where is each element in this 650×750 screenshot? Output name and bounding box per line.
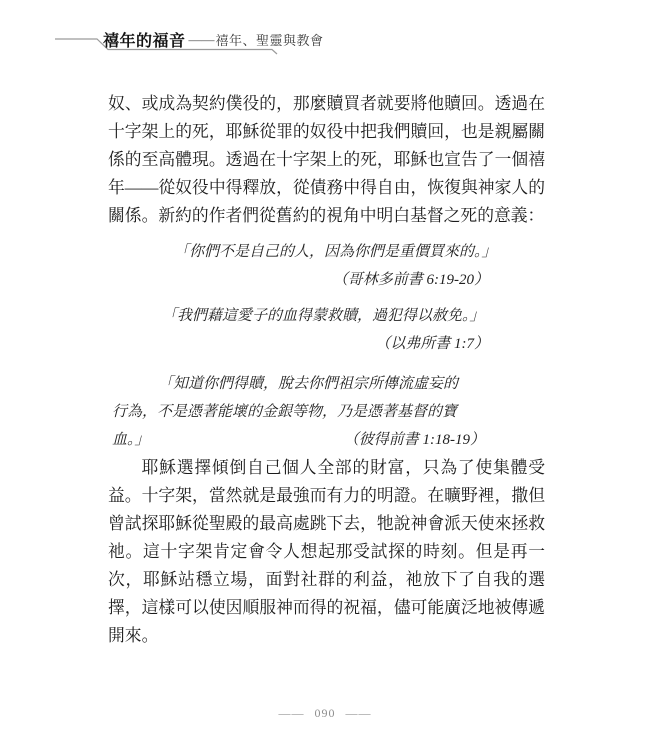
scripture-quote-1: 「你們不是自己的人，因為你們是重價買來的。」 （哥林多前書 6:19-20）	[108, 238, 545, 294]
running-head-separator: ——	[189, 32, 215, 48]
scripture-quote-3-closing: 血。」	[112, 426, 150, 454]
running-head-title: 禧年的福音	[103, 28, 186, 51]
text-column: 奴、或成為契約僕役的，那麼贖買者就要將他贖回。透過在十字架上的死，耶穌從罪的奴役…	[108, 90, 545, 650]
body-paragraph-2: 耶穌選擇傾倒自己個人全部的財富，只為了使集體受益。十字架，當然就是最強而有力的明…	[108, 454, 545, 650]
page-footer: ——090——	[0, 706, 650, 720]
footer-dash-left: ——	[279, 706, 305, 720]
scripture-quote-3-citation: （彼得前書 1:18-19）	[344, 426, 545, 454]
scripture-quote-2: 「我們藉這愛子的血得蒙救贖，過犯得以赦免。」 （以弗所書 1:7）	[108, 302, 545, 358]
page-number: 090	[315, 706, 336, 720]
scripture-quote-1-citation: （哥林多前書 6:19-20）	[108, 266, 545, 294]
scripture-quote-2-text: 「我們藉這愛子的血得蒙救贖，過犯得以赦免。」	[108, 302, 545, 330]
scripture-quote-2-citation: （以弗所書 1:7）	[108, 330, 545, 358]
running-head-subtitle: 禧年、聖靈與教會	[216, 30, 324, 49]
body-paragraph-1: 奴、或成為契約僕役的，那麼贖買者就要將他贖回。透過在十字架上的死，耶穌從罪的奴役…	[108, 90, 545, 230]
scripture-quote-1-text: 「你們不是自己的人，因為你們是重價買來的。」	[108, 238, 545, 266]
book-page: 禧年的福音 —— 禧年、聖靈與教會 奴、或成為契約僕役的，那麼贖買者就要將他贖回…	[0, 0, 650, 750]
footer-dash-right: ——	[346, 706, 372, 720]
scripture-quote-3: 「知道你們得贖，脫去你們祖宗所傳流虛妄的 行為，不是憑著能壞的金銀等物，乃是憑著…	[108, 370, 545, 454]
scripture-quote-3-line-3: 血。」 （彼得前書 1:18-19）	[108, 426, 545, 454]
running-head: 禧年的福音 —— 禧年、聖靈與教會	[103, 28, 324, 51]
scripture-quote-3-line-1: 「知道你們得贖，脫去你們祖宗所傳流虛妄的	[108, 370, 545, 398]
scripture-quote-3-line-2: 行為，不是憑著能壞的金銀等物，乃是憑著基督的寶	[108, 398, 545, 426]
